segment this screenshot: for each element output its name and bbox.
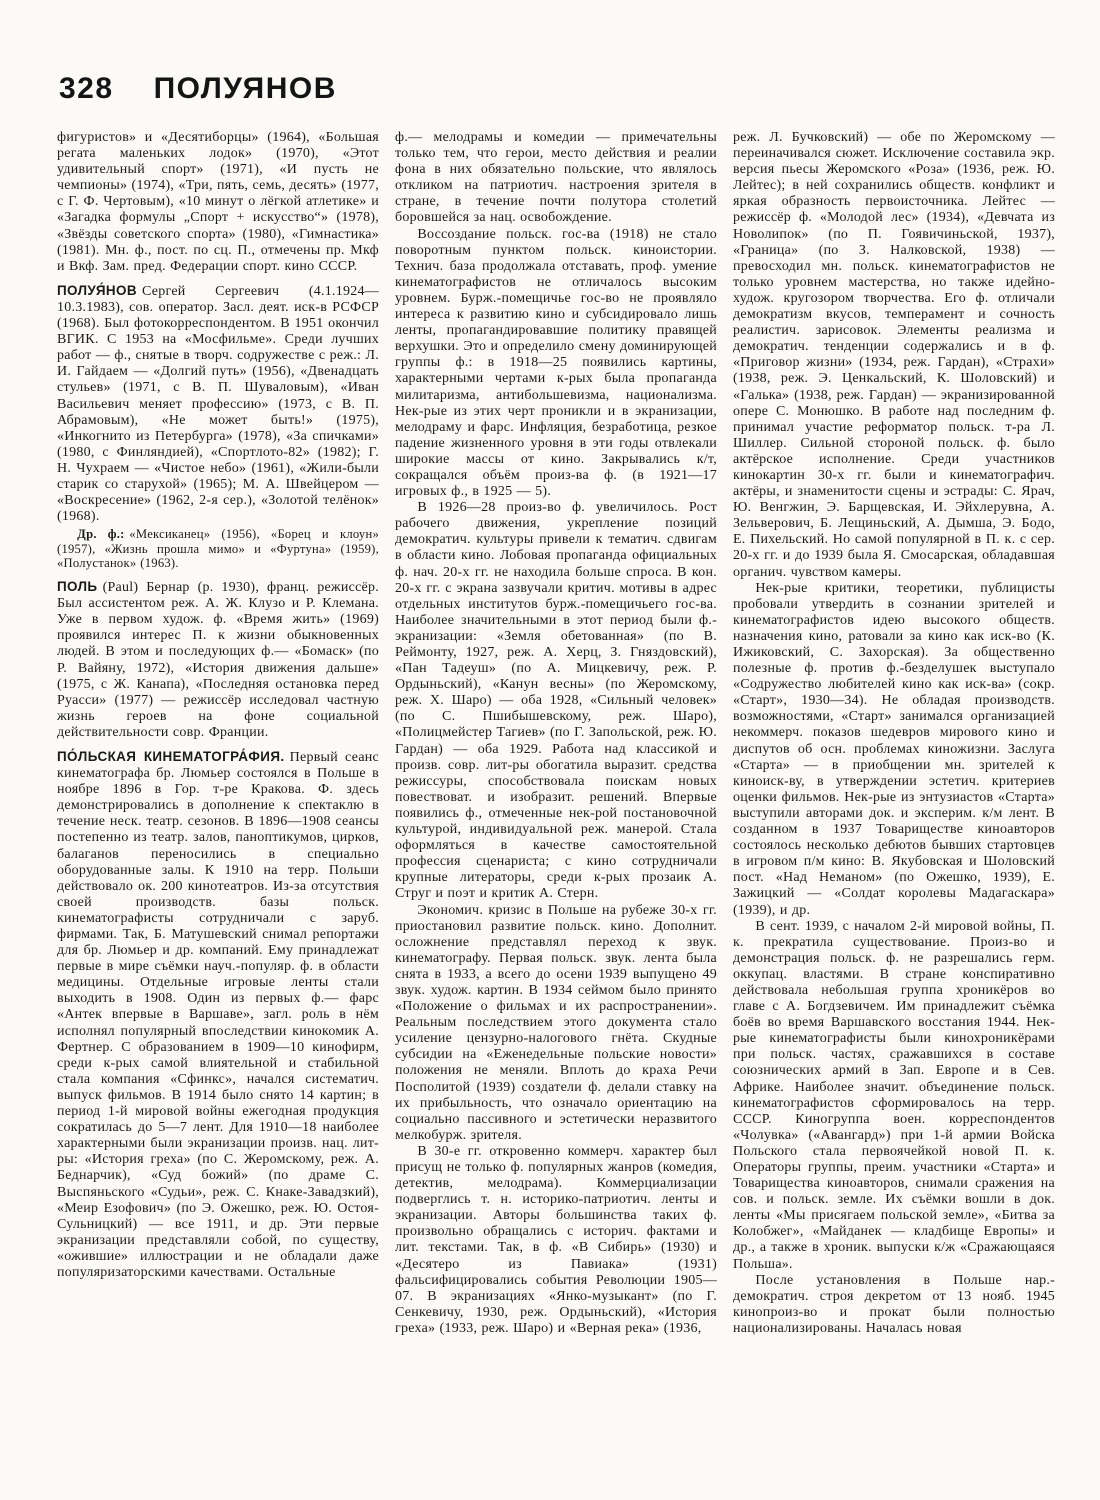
entry-polskaya-kinematografiya: ПО́ЛЬСКАЯ КИНЕМАТОГРА́ФИЯ.Первый сеанс к… bbox=[57, 749, 379, 1281]
entry-text: (Paul) Бернар (р. 1930), франц. режиссёр… bbox=[57, 580, 379, 740]
page-number: 328 bbox=[59, 72, 114, 106]
body-paragraph: Воссоздание польск. гос-ва (1918) не ста… bbox=[395, 227, 717, 501]
column-1: фигуристов» и «Десятиборцы» (1964), «Бол… bbox=[57, 130, 379, 1281]
entry-text: Сергей Сергеевич (4.1.1924—10.3.1983), с… bbox=[57, 284, 379, 524]
entry-pol: ПОЛЬ(Paul) Бернар (р. 1930), франц. режи… bbox=[57, 579, 379, 741]
entry-text: Первый сеанс кинематографа бр. Люмьер со… bbox=[57, 750, 379, 1280]
column-2: ф.— мелодрамы и комедии — примечательны … bbox=[395, 130, 717, 1337]
continuation-paragraph: реж. Л. Бучковский) — обе по Жеромскому … bbox=[733, 130, 1055, 581]
entry-poluyanov: ПОЛУЯ́НОВСергей Сергеевич (4.1.1924—10.3… bbox=[57, 283, 379, 525]
page-columns: фигуристов» и «Десятиборцы» (1964), «Бол… bbox=[57, 130, 1055, 1337]
body-paragraph: В 30-е гг. откровенно коммерч. характер … bbox=[395, 1144, 717, 1337]
body-paragraph: После установления в Польше нар.-демокра… bbox=[733, 1273, 1055, 1337]
entry-headword: ПО́ЛЬСКАЯ КИНЕМАТОГРА́ФИЯ. bbox=[57, 749, 285, 764]
entry-headword: ПОЛЬ bbox=[57, 579, 97, 594]
body-paragraph: В 1926—28 произ-во ф. увеличилось. Рост … bbox=[395, 500, 717, 902]
body-paragraph: Нек-рые критики, теоретики, публицисты п… bbox=[733, 581, 1055, 919]
body-paragraph: Экономич. кризис в Польше на рубеже 30-х… bbox=[395, 903, 717, 1144]
other-films-paragraph: Др. ф.:«Мексиканец» (1956), «Борец и кло… bbox=[57, 527, 379, 571]
continuation-paragraph: фигуристов» и «Десятиборцы» (1964), «Бол… bbox=[57, 130, 379, 275]
page-header: 328 ПОЛУЯНОВ bbox=[59, 72, 1055, 106]
other-films-label: Др. ф.: bbox=[77, 527, 124, 541]
running-head: ПОЛУЯНОВ bbox=[154, 72, 337, 106]
column-3: реж. Л. Бучковский) — обе по Жеромскому … bbox=[733, 130, 1055, 1337]
body-paragraph: В сент. 1939, с началом 2-й мировой войн… bbox=[733, 919, 1055, 1273]
entry-headword: ПОЛУЯ́НОВ bbox=[57, 283, 137, 298]
encyclopedia-page: 328 ПОЛУЯНОВ фигуристов» и «Десятиборцы»… bbox=[0, 0, 1100, 1500]
continuation-paragraph: ф.— мелодрамы и комедии — примечательны … bbox=[395, 130, 717, 227]
